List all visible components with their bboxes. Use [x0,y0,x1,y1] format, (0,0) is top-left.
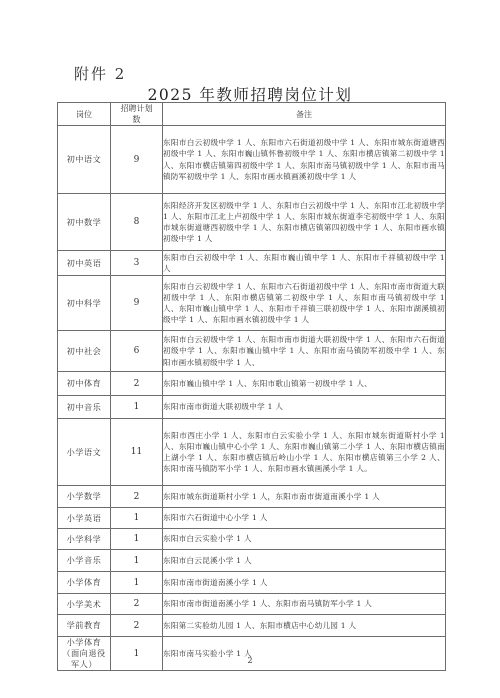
table-row: 初中数学 8 东阳经济开发区初级中学 1 人、东阳市白云初级中学 1 人、东阳市… [58,194,446,251]
count-cell: 9 [111,126,163,194]
column-header-count: 招聘计划数 [111,103,163,126]
post-cell: 初中英语 [58,251,111,276]
table-row: 小学数学 2 东阳市城东街道斯村小学 1 人，东阳市南市街道南溪小学 1 人 [58,486,446,508]
table-row: 小学英语 1 东阳市六石街道中心小学 1 人 [58,508,446,529]
post-cell: 初中数学 [58,194,111,251]
note-cell: 东阳市白云初级中学 1 人、东阳市南市街道大联初级中学 1 人、东阳市六石街道初… [163,331,446,372]
count-cell: 1 [111,396,163,419]
table-row: 初中音乐 1 东阳市南市街道大联初级中学 1 人 [58,396,446,419]
attachment-label: 附件 2 [74,63,126,84]
post-cell: 小学语文 [58,419,111,486]
note-cell: 东阳市南马实验小学 1 人 [163,637,446,671]
count-cell: 2 [111,486,163,508]
post-cell: 初中社会 [58,331,111,372]
table-row: 初中科学 9 东阳市白云初级中学 1 人、东阳市六石街道初级中学 1 人、东阳市… [58,276,446,331]
post-cell: 小学体育（面向退役军人） [58,637,111,671]
post-cell: 小学数学 [58,486,111,508]
table-row: 小学音乐 1 东阳市白云昆溪小学 1 人 [58,550,446,572]
note-cell: 东阳市城东街道斯村小学 1 人，东阳市南市街道南溪小学 1 人 [163,486,446,508]
post-cell: 初中语文 [58,126,111,194]
count-cell: 9 [111,276,163,331]
count-cell: 8 [111,194,163,251]
table-row: 初中英语 3 东阳市白云初级中学 1 人、东阳市巍山镇中学 1 人、东阳市千祥镇… [58,251,446,276]
note-cell: 东阳第二实验幼儿园 1 人、东阳市横店中心幼儿园 1 人 [163,615,446,637]
recruitment-plan-table: 岗位 招聘计划数 备注 初中语文 9 东阳市白云初级中学 1 人、东阳市六石街道… [57,102,446,671]
post-cell: 初中体育 [58,372,111,396]
table-row: 小学美术 2 东阳市南市街道南溪小学 1 人、东阳市南马镇防军小学 1 人 [58,594,446,615]
page-number: 2 [0,656,500,665]
post-cell: 小学音乐 [58,550,111,572]
column-header-post: 岗位 [58,103,111,126]
column-header-note: 备注 [163,103,446,126]
table-row: 学前教育 2 东阳第二实验幼儿园 1 人、东阳市横店中心幼儿园 1 人 [58,615,446,637]
table-header-row: 岗位 招聘计划数 备注 [58,103,446,126]
post-cell: 学前教育 [58,615,111,637]
table-row: 初中社会 6 东阳市白云初级中学 1 人、东阳市南市街道大联初级中学 1 人、东… [58,331,446,372]
note-cell: 东阳经济开发区初级中学 1 人、东阳市白云初级中学 1 人、东阳市江北初级中学 … [163,194,446,251]
post-cell: 初中科学 [58,276,111,331]
note-cell: 东阳市南市街道南溪小学 1 人 [163,572,446,594]
count-cell: 1 [111,529,163,550]
post-cell: 小学体育 [58,572,111,594]
count-cell: 1 [111,637,163,671]
note-cell: 东阳市白云初级中学 1 人、东阳市巍山镇中学 1 人、东阳市千祥镇初级中学 1 … [163,251,446,276]
table-row: 小学体育（面向退役军人） 1 东阳市南马实验小学 1 人 [58,637,446,671]
count-cell: 1 [111,572,163,594]
post-cell: 小学科学 [58,529,111,550]
post-cell: 小学英语 [58,508,111,529]
post-cell: 小学美术 [58,594,111,615]
table-row: 初中语文 9 东阳市白云初级中学 1 人、东阳市六石街道初级中学 1 人、东阳市… [58,126,446,194]
table-row: 小学体育 1 东阳市南市街道南溪小学 1 人 [58,572,446,594]
table-row: 初中体育 2 东阳市巍山镇中学 1 人、东阳市歌山镇第一初级中学 1 人、 [58,372,446,396]
note-cell: 东阳市白云初级中学 1 人、东阳市六石街道初级中学 1 人、东阳市城东街道塘西初… [163,126,446,194]
count-cell: 2 [111,615,163,637]
post-cell: 初中音乐 [58,396,111,419]
note-cell: 东阳市白云初级中学 1 人、东阳市六石街道初级中学 1 人、东阳市南市街道大联初… [163,276,446,331]
count-cell: 3 [111,251,163,276]
count-cell: 2 [111,594,163,615]
table-body: 初中语文 9 东阳市白云初级中学 1 人、东阳市六石街道初级中学 1 人、东阳市… [58,126,446,671]
note-cell: 东阳市白云昆溪小学 1 人 [163,550,446,572]
note-cell: 东阳市白云实验小学 1 人 [163,529,446,550]
note-cell: 东阳市南市街道大联初级中学 1 人 [163,396,446,419]
count-cell: 1 [111,550,163,572]
table-row: 小学科学 1 东阳市白云实验小学 1 人 [58,529,446,550]
table-row: 小学语文 11 东阳市西庄小学 1 人、东阳市白云实验小学 1 人、东阳市城东街… [58,419,446,486]
count-cell: 6 [111,331,163,372]
note-cell: 东阳市巍山镇中学 1 人、东阳市歌山镇第一初级中学 1 人、 [163,372,446,396]
count-cell: 2 [111,372,163,396]
note-cell: 东阳市西庄小学 1 人、东阳市白云实验小学 1 人、东阳市城东街道斯村小学 1 … [163,419,446,486]
note-cell: 东阳市六石街道中心小学 1 人 [163,508,446,529]
note-cell: 东阳市南市街道南溪小学 1 人、东阳市南马镇防军小学 1 人 [163,594,446,615]
count-cell: 1 [111,508,163,529]
count-cell: 11 [111,419,163,486]
